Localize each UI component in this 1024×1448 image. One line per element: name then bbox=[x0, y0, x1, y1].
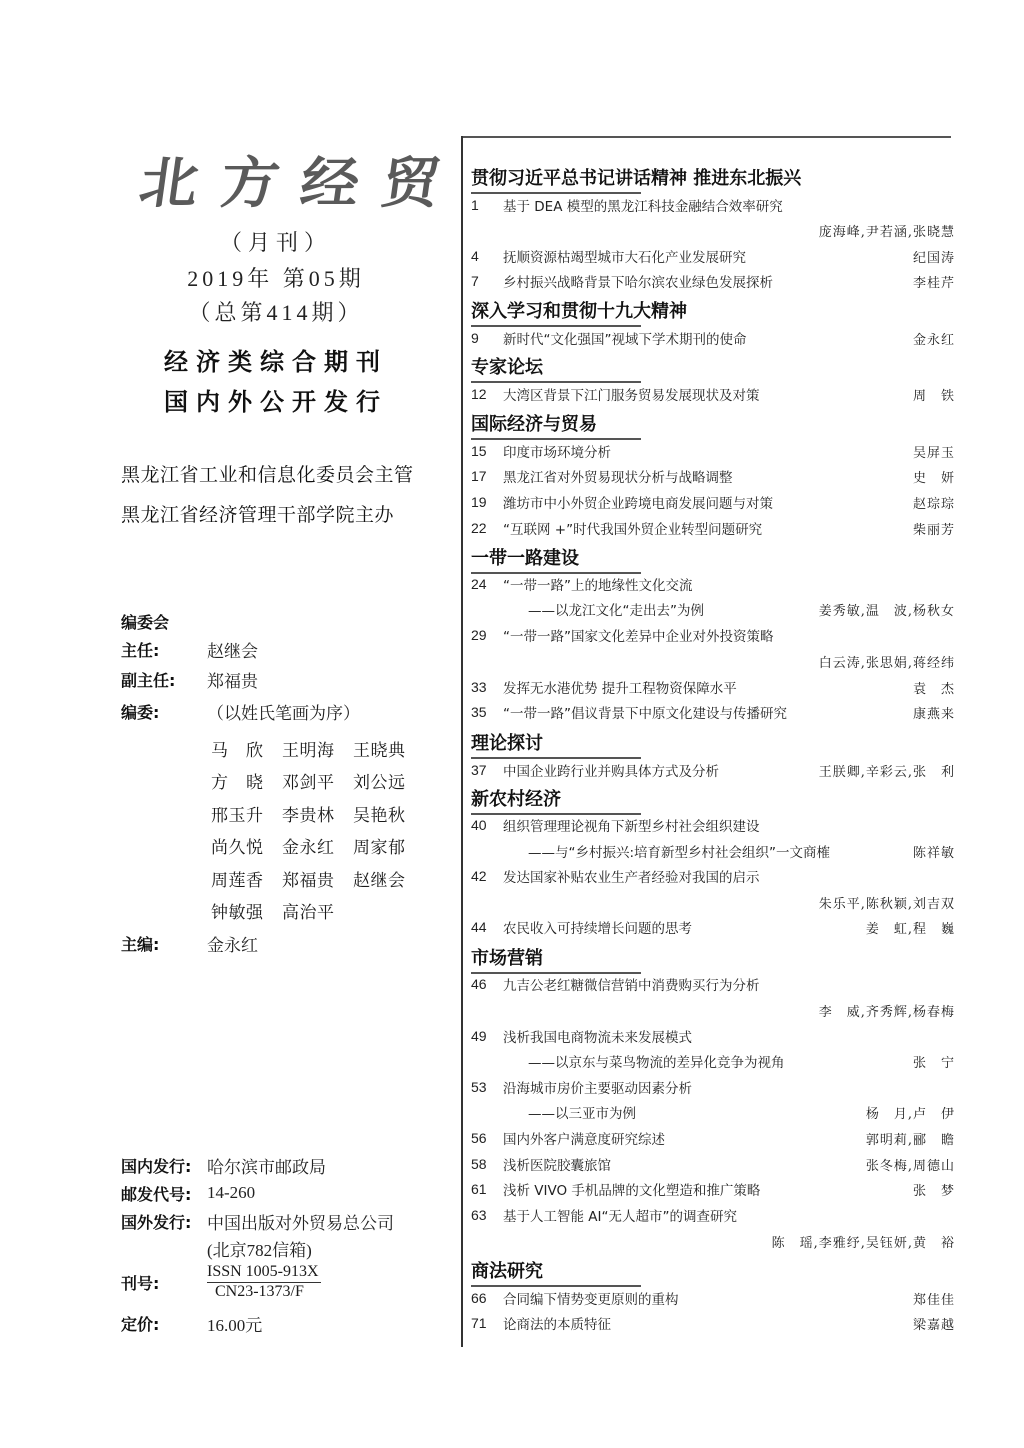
article-authors: 李桂芹 bbox=[913, 272, 955, 291]
members-list: 马 欣 王明海 王晓典 方 晓 邓剑平 刘公远 邢玉升 李贵林 吴艳秋 尚久悦 … bbox=[211, 732, 424, 927]
article-authors: 吴屏玉 bbox=[913, 442, 955, 461]
page-number: 58 bbox=[471, 1156, 503, 1172]
member-name: 郑福贵 bbox=[282, 866, 353, 891]
foreign-mailbox: (北京782信箱) bbox=[207, 1236, 312, 1261]
toc-section-heading: 一带一路建设 bbox=[471, 544, 641, 574]
deputy-row: 副主任: 郑福贵 bbox=[121, 666, 258, 692]
member-name: 金永红 bbox=[282, 833, 353, 858]
article-title: 浅析我国电商物流未来发展模式 bbox=[503, 1026, 955, 1046]
article-authors: 纪国涛 bbox=[913, 247, 955, 266]
logo-char: 方 bbox=[217, 155, 283, 210]
article-title: “互联网 +”时代我国外贸企业转型问题研究 bbox=[503, 518, 913, 538]
toc-entry-authors: 陈 瑶,李雅纾,吴钰妍,黄 裕 bbox=[471, 1229, 955, 1253]
article-title: 沿海城市房价主要驱动因素分析 bbox=[503, 1077, 955, 1097]
members-note: （以姓氏笔画为序） bbox=[207, 699, 360, 724]
cn-number: CN23-1373/F bbox=[207, 1283, 304, 1301]
article-title: 印度市场环境分析 bbox=[503, 441, 913, 461]
toc-entry[interactable]: 66 合同编下情势变更原则的重构 郑佳佳 bbox=[471, 1286, 955, 1310]
domestic-distributor: 哈尔滨市邮政局 bbox=[207, 1153, 326, 1178]
article-authors: 郑佳佳 bbox=[913, 1289, 955, 1308]
member-name: 邓剑平 bbox=[282, 768, 353, 793]
article-title: 发挥无水港优势 提升工程物资保障水平 bbox=[503, 677, 913, 697]
foreign-distribution-row: 国外发行: 中国出版对外贸易总公司 bbox=[121, 1208, 394, 1234]
member-name: 周家郁 bbox=[353, 833, 424, 858]
member-name: 吴艳秋 bbox=[353, 801, 424, 826]
deputy-label: 副主任: bbox=[121, 668, 207, 691]
page-number: 1 bbox=[471, 197, 503, 213]
section-title: 深入学习和贯彻十九大精神 bbox=[471, 301, 687, 322]
toc-section-heading: 市场营销 bbox=[471, 944, 641, 974]
logo-char: 北 bbox=[136, 155, 202, 210]
member-name: 周莲香 bbox=[211, 866, 282, 891]
toc-entry[interactable]: 61 浅析 VIVO 手机品牌的文化塑造和推广策略 张 梦 bbox=[471, 1177, 955, 1201]
article-authors: 庞海峰,尹若涵,张晓慧 bbox=[819, 221, 955, 240]
article-subtitle: ——以龙江文化“走出去”为例 bbox=[503, 599, 819, 619]
article-title: 大湾区背景下江门服务贸易发展现状及对策 bbox=[503, 384, 913, 404]
director-label: 主任: bbox=[121, 638, 207, 661]
members-row-3: 邢玉升 李贵林 吴艳秋 bbox=[211, 797, 424, 830]
section-title: 专家论坛 bbox=[471, 357, 543, 378]
toc-entry[interactable]: 49 浅析我国电商物流未来发展模式 bbox=[471, 1024, 955, 1048]
price-label: 定价: bbox=[121, 1312, 207, 1335]
members-row-4: 尚久悦 金永红 周家郁 bbox=[211, 830, 424, 863]
toc-entry[interactable]: 40 组织管理理论视角下新型乡村社会组织建设 bbox=[471, 813, 955, 837]
article-title: 基于 DEA 模型的黑龙江科技金融结合效率研究 bbox=[503, 195, 955, 215]
toc-entry[interactable]: 4 抚顺资源枯竭型城市大石化产业发展研究 纪国涛 bbox=[471, 244, 955, 268]
article-title: “一带一路”倡议背景下中原文化建设与传播研究 bbox=[503, 702, 913, 722]
member-name: 邢玉升 bbox=[211, 801, 282, 826]
editor-name: 金永红 bbox=[207, 931, 258, 956]
page-number: 37 bbox=[471, 762, 503, 778]
toc-entry-subtitle: ——以京东与菜鸟物流的差异化竞争为视角 张 宁 bbox=[471, 1049, 955, 1073]
members-row-1: 马 欣 王明海 王晓典 bbox=[211, 732, 424, 765]
logo-char: 经 bbox=[297, 155, 363, 210]
toc-entry[interactable]: 9 新时代“文化强国”视域下学术期刊的使命 金永红 bbox=[471, 326, 955, 350]
page-number: 15 bbox=[471, 443, 503, 459]
toc-section-heading: 深入学习和贯彻十九大精神 bbox=[471, 297, 641, 327]
toc-entry[interactable]: 71 论商法的本质特征 梁嘉越 bbox=[471, 1311, 955, 1335]
toc-entry[interactable]: 46 九吉公老红糖微信营销中消费购买行为分析 bbox=[471, 972, 955, 996]
article-authors: 史 妍 bbox=[913, 467, 955, 486]
domestic-distribution-label: 国内发行: bbox=[121, 1154, 207, 1177]
article-title: 论商法的本质特征 bbox=[503, 1313, 913, 1333]
article-title: 潍坊市中小外贸企业跨境电商发展问题与对策 bbox=[503, 492, 913, 512]
page-number: 71 bbox=[471, 1315, 503, 1331]
article-title: 国内外客户满意度研究综述 bbox=[503, 1128, 866, 1148]
members-row-6: 钟敏强 高治平 bbox=[211, 895, 424, 928]
page-number: 12 bbox=[471, 386, 503, 402]
section-title: 新农村经济 bbox=[471, 789, 561, 810]
toc-entry[interactable]: 29 “一带一路”国家文化差异中企业对外投资策略 bbox=[471, 623, 955, 647]
member-name: 王晓典 bbox=[353, 736, 424, 761]
page-number: 33 bbox=[471, 679, 503, 695]
section-title: 一带一路建设 bbox=[471, 548, 579, 569]
article-authors: 李 威,齐秀辉,杨春梅 bbox=[819, 1001, 955, 1020]
director-name: 赵继会 bbox=[207, 637, 258, 662]
article-authors: 袁 杰 bbox=[913, 678, 955, 697]
article-authors: 张 梦 bbox=[913, 1180, 955, 1199]
page-number: 24 bbox=[471, 576, 503, 592]
article-authors: 姜秀敏,温 波,杨秋女 bbox=[819, 600, 955, 619]
article-title: 新时代“文化强国”视域下学术期刊的使命 bbox=[503, 328, 913, 348]
article-authors: 白云涛,张思娟,蒋经纬 bbox=[819, 652, 955, 671]
article-title: 组织管理理论视角下新型乡村社会组织建设 bbox=[503, 815, 955, 835]
section-title: 商法研究 bbox=[471, 1261, 543, 1282]
article-authors: 陈 瑶,李雅纾,吴钰妍,黄 裕 bbox=[772, 1232, 955, 1251]
page-number: 9 bbox=[471, 330, 503, 346]
organizing-body: 黑龙江省经济管理干部学院主办 bbox=[121, 500, 394, 527]
article-subtitle: ——以京东与菜鸟物流的差异化竞争为视角 bbox=[503, 1051, 913, 1071]
article-authors: 朱乐平,陈秋颖,刘吉双 bbox=[819, 893, 955, 912]
page-number: 49 bbox=[471, 1028, 503, 1044]
toc-entry-subtitle: ——以龙江文化“走出去”为例 姜秀敏,温 波,杨秋女 bbox=[471, 597, 955, 621]
article-title: 基于人工智能 AI“无人超市”的调查研究 bbox=[503, 1205, 955, 1225]
foreign-distribution-label: 国外发行: bbox=[121, 1210, 207, 1233]
toc-entry[interactable]: 17 黑龙江省对外贸易现状分析与战略调整 史 妍 bbox=[471, 464, 955, 488]
page-number: 22 bbox=[471, 520, 503, 536]
slogan-line-2: 国内外公开发行 bbox=[120, 382, 432, 417]
page-number: 35 bbox=[471, 704, 503, 720]
supervising-body: 黑龙江省工业和信息化委员会主管 bbox=[121, 460, 414, 487]
member-name: 钟敏强 bbox=[211, 898, 282, 923]
article-authors: 王朕卿,辛彩云,张 利 bbox=[819, 761, 955, 780]
article-title: 九吉公老红糖微信营销中消费购买行为分析 bbox=[503, 974, 955, 994]
toc-entry[interactable]: 19 潍坊市中小外贸企业跨境电商发展问题与对策 赵琮琮 bbox=[471, 490, 955, 514]
toc-entry[interactable]: 15 印度市场环境分析 吴屏玉 bbox=[471, 439, 955, 463]
serial-number: ISSN 1005-913X CN23-1373/F bbox=[207, 1263, 321, 1301]
article-authors: 梁嘉越 bbox=[913, 1314, 955, 1333]
section-title: 市场营销 bbox=[471, 948, 543, 969]
toc-section-heading: 新农村经济 bbox=[471, 785, 641, 815]
toc-section-heading: 商法研究 bbox=[471, 1257, 641, 1287]
page-number: 56 bbox=[471, 1130, 503, 1146]
members-row: 编委: （以姓氏笔画为序） bbox=[121, 698, 360, 724]
board-heading: 编委会 bbox=[121, 610, 183, 633]
article-authors: 柴丽芳 bbox=[913, 519, 955, 538]
article-title: “一带一路”国家文化差异中企业对外投资策略 bbox=[503, 625, 955, 645]
members-row-5: 周莲香 郑福贵 赵继会 bbox=[211, 862, 424, 895]
page-number: 53 bbox=[471, 1079, 503, 1095]
page-number: 19 bbox=[471, 494, 503, 510]
page-number: 66 bbox=[471, 1290, 503, 1306]
publication-frequency: （月刊） bbox=[120, 226, 432, 257]
toc-entry-authors: 朱乐平,陈秋颖,刘吉双 bbox=[471, 890, 955, 914]
toc-entry[interactable]: 53 沿海城市房价主要驱动因素分析 bbox=[471, 1075, 955, 1099]
page-number: 7 bbox=[471, 273, 503, 289]
toc-entry[interactable]: 44 农民收入可持续增长问题的思考 姜 虹,程 巍 bbox=[471, 915, 955, 939]
masthead-logo: 北 方 经 贸 bbox=[140, 148, 440, 218]
toc-entry[interactable]: 58 浅析医院胶囊旅馆 张冬梅,周德山 bbox=[471, 1152, 955, 1176]
article-title: 浅析医院胶囊旅馆 bbox=[503, 1154, 866, 1174]
toc-section-heading: 理论探讨 bbox=[471, 729, 641, 759]
article-authors: 张冬梅,周德山 bbox=[866, 1155, 955, 1174]
toc-entry[interactable]: 7 乡村振兴战略背景下哈尔滨农业绿色发展探析 李桂芹 bbox=[471, 269, 955, 293]
toc-entry[interactable]: 33 发挥无水港优势 提升工程物资保障水平 袁 杰 bbox=[471, 675, 955, 699]
toc-section-heading: 专家论坛 bbox=[471, 353, 641, 383]
article-title: 抚顺资源枯竭型城市大石化产业发展研究 bbox=[503, 246, 913, 266]
toc-entry[interactable]: 37 中国企业跨行业并购具体方式及分析 王朕卿,辛彩云,张 利 bbox=[471, 758, 955, 782]
toc-entry[interactable]: 42 发达国家补贴农业生产者经验对我国的启示 bbox=[471, 864, 955, 888]
toc-frame-top-border bbox=[462, 136, 951, 138]
toc-entry[interactable]: 1 基于 DEA 模型的黑龙江科技金融结合效率研究 bbox=[471, 193, 955, 217]
total-issue-number: （总第414期） bbox=[120, 296, 432, 327]
article-title: 黑龙江省对外贸易现状分析与战略调整 bbox=[503, 466, 913, 486]
toc-entry-authors: 白云涛,张思娟,蒋经纬 bbox=[471, 649, 955, 673]
price: 16.00元 bbox=[207, 1311, 262, 1336]
page-number: 40 bbox=[471, 817, 503, 833]
article-title: 浅析 VIVO 手机品牌的文化塑造和推广策略 bbox=[503, 1179, 913, 1199]
slogan-line-1: 经济类综合期刊 bbox=[120, 342, 432, 377]
postal-code: 14-260 bbox=[207, 1183, 255, 1203]
article-authors: 金永红 bbox=[913, 329, 955, 348]
board-heading-row: 编委会 bbox=[121, 608, 183, 634]
foreign-mailbox-row: (北京782信箱) bbox=[207, 1235, 312, 1261]
page-number: 61 bbox=[471, 1181, 503, 1197]
page-number: 29 bbox=[471, 627, 503, 643]
members-label: 编委: bbox=[121, 700, 207, 723]
toc-section-heading: 国际经济与贸易 bbox=[471, 410, 641, 440]
toc-entry[interactable]: 12 大湾区背景下江门服务贸易发展现状及对策 周 铁 bbox=[471, 382, 955, 406]
toc-entry[interactable]: 22 “互联网 +”时代我国外贸企业转型问题研究 柴丽芳 bbox=[471, 516, 955, 540]
article-authors: 周 铁 bbox=[913, 385, 955, 404]
toc-entry[interactable]: 35 “一带一路”倡议背景下中原文化建设与传播研究 康燕来 bbox=[471, 700, 955, 724]
article-title: 发达国家补贴农业生产者经验对我国的启示 bbox=[503, 866, 955, 886]
article-title: 中国企业跨行业并购具体方式及分析 bbox=[503, 760, 819, 780]
toc-frame-left-border bbox=[461, 136, 463, 1347]
issn: ISSN 1005-913X bbox=[207, 1263, 321, 1283]
article-authors: 陈祥敏 bbox=[913, 842, 955, 861]
members-row-2: 方 晓 邓剑平 刘公远 bbox=[211, 765, 424, 798]
toc-entry-subtitle: ——与“乡村振兴:培育新型乡村社会组织”一文商榷 陈祥敏 bbox=[471, 839, 955, 863]
article-title: “一带一路”上的地缘性文化交流 bbox=[503, 574, 955, 594]
toc-entry[interactable]: 56 国内外客户满意度研究综述 郭明莉,郦 瞻 bbox=[471, 1126, 955, 1150]
article-authors: 杨 月,卢 伊 bbox=[866, 1103, 955, 1122]
section-title: 国际经济与贸易 bbox=[471, 414, 597, 435]
article-title: 农民收入可持续增长问题的思考 bbox=[503, 917, 866, 937]
article-subtitle: ——与“乡村振兴:培育新型乡村社会组织”一文商榷 bbox=[503, 841, 913, 861]
article-authors: 郭明莉,郦 瞻 bbox=[866, 1129, 955, 1148]
member-name: 高治平 bbox=[282, 898, 353, 923]
page-number: 44 bbox=[471, 919, 503, 935]
logo-char: 贸 bbox=[378, 155, 444, 210]
postal-code-label: 邮发代号: bbox=[121, 1182, 207, 1205]
foreign-distributor: 中国出版对外贸易总公司 bbox=[207, 1209, 394, 1234]
article-authors: 康燕来 bbox=[913, 703, 955, 722]
member-name: 李贵林 bbox=[282, 801, 353, 826]
page-number: 46 bbox=[471, 976, 503, 992]
article-authors: 姜 虹,程 巍 bbox=[866, 918, 955, 937]
price-row: 定价: 16.00元 bbox=[121, 1310, 262, 1336]
section-title: 理论探讨 bbox=[471, 733, 543, 754]
toc-entry[interactable]: 24 “一带一路”上的地缘性文化交流 bbox=[471, 572, 955, 596]
serial-number-label: 刊号: bbox=[121, 1271, 207, 1294]
toc-section-heading: 贯彻习近平总书记讲话精神 推进东北振兴 bbox=[471, 164, 641, 194]
postal-code-row: 邮发代号: 14-260 bbox=[121, 1180, 255, 1206]
article-authors: 赵琮琮 bbox=[913, 493, 955, 512]
member-name: 赵继会 bbox=[353, 866, 424, 891]
page-number: 4 bbox=[471, 248, 503, 264]
issue-number: 2019年 第05期 bbox=[120, 262, 432, 293]
section-title: 贯彻习近平总书记讲话精神 推进东北振兴 bbox=[471, 168, 801, 189]
article-title: 合同编下情势变更原则的重构 bbox=[503, 1288, 913, 1308]
member-name: 马 欣 bbox=[211, 736, 282, 761]
toc-entry[interactable]: 63 基于人工智能 AI“无人超市”的调查研究 bbox=[471, 1203, 955, 1227]
article-title: 乡村振兴战略背景下哈尔滨农业绿色发展探析 bbox=[503, 271, 913, 291]
editor-label: 主编: bbox=[121, 932, 207, 955]
editor-row: 主编: 金永红 bbox=[121, 930, 258, 956]
article-subtitle: ——以三亚市为例 bbox=[503, 1102, 866, 1122]
page-number: 42 bbox=[471, 868, 503, 884]
toc-entry-authors: 庞海峰,尹若涵,张晓慧 bbox=[471, 218, 955, 242]
member-name: 王明海 bbox=[282, 736, 353, 761]
director-row: 主任: 赵继会 bbox=[121, 636, 258, 662]
page-number: 63 bbox=[471, 1207, 503, 1223]
domestic-distribution-row: 国内发行: 哈尔滨市邮政局 bbox=[121, 1152, 326, 1178]
serial-number-row: 刊号: ISSN 1005-913X CN23-1373/F bbox=[121, 1260, 321, 1304]
member-name: 方 晓 bbox=[211, 768, 282, 793]
toc-entry-authors: 李 威,齐秀辉,杨春梅 bbox=[471, 998, 955, 1022]
toc-entry-subtitle: ——以三亚市为例 杨 月,卢 伊 bbox=[471, 1100, 955, 1124]
member-name: 尚久悦 bbox=[211, 833, 282, 858]
page-number: 17 bbox=[471, 468, 503, 484]
article-authors: 张 宁 bbox=[913, 1052, 955, 1071]
member-name: 刘公远 bbox=[353, 768, 424, 793]
deputy-name: 郑福贵 bbox=[207, 667, 258, 692]
